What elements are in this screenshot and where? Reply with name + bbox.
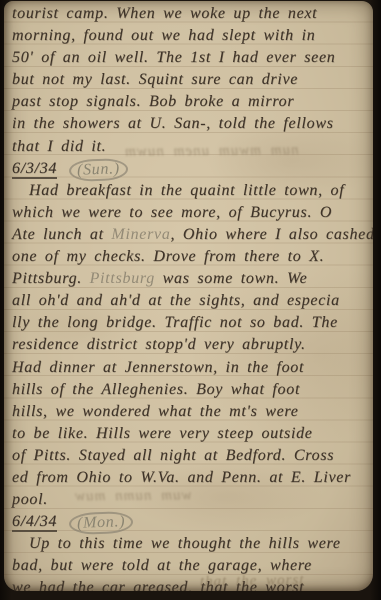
handwriting-segment: bad, but were told at the garage, where bbox=[12, 557, 312, 574]
journal-line: Up to this time we thought the hills wer… bbox=[12, 533, 373, 555]
handwriting-segment: hills of the Alleghenies. Boy what foot bbox=[12, 381, 300, 398]
journal-line: tourist camp. When we woke up the next bbox=[12, 3, 373, 25]
handwriting-segment: residence district stopp'd very abruptly… bbox=[12, 336, 306, 353]
notebook-page: tourist camp. When we woke up the nextmo… bbox=[4, 1, 373, 591]
handwriting-segment: that I did it. bbox=[12, 138, 106, 155]
journal-line: that I did it. bbox=[12, 136, 373, 158]
journal-line: which we were to see more, of Bucyrus. O bbox=[12, 202, 373, 224]
journal-line: morning, found out we had slept with in bbox=[12, 25, 373, 47]
journal-line: hills of the Alleghenies. Boy what foot bbox=[12, 379, 373, 401]
pencil-word: Minerva bbox=[111, 226, 170, 243]
handwriting-segment: all oh'd and ah'd at the sights, and esp… bbox=[12, 292, 340, 309]
handwriting-segment: pool. bbox=[12, 491, 48, 508]
handwriting-segment: Had breakfast in the quaint little town,… bbox=[29, 182, 344, 199]
journal-line: past stop signals. Bob broke a mirror bbox=[12, 91, 373, 113]
entry-date: 6/3/34 bbox=[12, 160, 57, 179]
journal-line: all oh'd and ah'd at the sights, and esp… bbox=[12, 290, 373, 312]
handwriting-segment: past stop signals. Bob broke a mirror bbox=[12, 93, 294, 110]
handwriting-segment: was some town. We bbox=[155, 270, 307, 287]
handwriting-segment: lly the long bridge. Traffic not so bad.… bbox=[12, 314, 338, 331]
journal-line: Pittsburg. Pittsburg was some town. We bbox=[12, 268, 373, 290]
handwriting-segment: ed from Ohio to W.Va. and Penn. at E. Li… bbox=[12, 469, 351, 486]
handwriting-segment: , Ohio where I also cashed bbox=[171, 226, 373, 243]
journal-line: ed from Ohio to W.Va. and Penn. at E. Li… bbox=[12, 467, 373, 489]
journal-line: in the showers at U. San-, told the fell… bbox=[12, 113, 373, 135]
entry-day-circled: (Mon.) bbox=[69, 511, 134, 535]
handwriting-segment: one of my checks. Drove from there to X. bbox=[12, 248, 324, 265]
journal-line: Had breakfast in the quaint little town,… bbox=[12, 180, 373, 202]
handwriting-segment: morning, found out we had slept with in bbox=[12, 27, 315, 44]
entry-day-circled: (Sun.) bbox=[69, 158, 129, 182]
handwriting-segment: hills, we wondered what the mt's were bbox=[12, 403, 299, 420]
handwriting-segment: we had the car greased, that the worst bbox=[12, 579, 304, 591]
journal-line: 50' of an oil well. The 1st I had ever s… bbox=[12, 47, 373, 69]
journal-line: Had dinner at Jennerstown, in the foot bbox=[12, 357, 373, 379]
handwriting-segment: in the showers at U. San-, told the fell… bbox=[12, 115, 334, 132]
journal-line: we had the car greased, that the worst bbox=[12, 577, 373, 591]
handwriting-segment: Ate lunch at bbox=[12, 226, 111, 243]
handwriting-segment: Up to this time we thought the hills wer… bbox=[29, 535, 341, 552]
handwriting-segment: which we were to see more, of Bucyrus. O bbox=[12, 204, 332, 221]
journal-line: residence district stopp'd very abruptly… bbox=[12, 334, 373, 356]
entry-date-line: 6/3/34(Sun.) bbox=[12, 158, 373, 180]
journal-line: hills, we wondered what the mt's were bbox=[12, 401, 373, 423]
handwriting-segment: Had dinner at Jennerstown, in the foot bbox=[12, 359, 304, 376]
entry-date-line: 6/4/34(Mon.) bbox=[12, 511, 373, 533]
handwriting-segment: to be like. Hills were very steep outsid… bbox=[12, 425, 313, 442]
entry-date: 6/4/34 bbox=[12, 513, 57, 532]
handwriting-segment: tourist camp. When we woke up the next bbox=[12, 5, 317, 22]
handwriting-segment: of Pitts. Stayed all night at Bedford. C… bbox=[12, 447, 334, 464]
journal-line: but not my last. Squint sure can drive bbox=[12, 69, 373, 91]
handwriting-segment: Pittsburg. bbox=[12, 270, 90, 287]
journal-scan: tourist camp. When we woke up the nextmo… bbox=[0, 0, 381, 600]
pencil-word: Pittsburg bbox=[90, 270, 155, 287]
journal-line: bad, but were told at the garage, where bbox=[12, 555, 373, 577]
journal-line: lly the long bridge. Traffic not so bad.… bbox=[12, 312, 373, 334]
journal-line: pool. bbox=[12, 489, 373, 511]
journal-line: Ate lunch at Minerva, Ohio where I also … bbox=[12, 224, 373, 246]
journal-line: to be like. Hills were very steep outsid… bbox=[12, 423, 373, 445]
handwriting-segment: but not my last. Squint sure can drive bbox=[12, 71, 298, 88]
journal-line: of Pitts. Stayed all night at Bedford. C… bbox=[12, 445, 373, 467]
handwritten-text-block: tourist camp. When we woke up the nextmo… bbox=[12, 3, 373, 591]
journal-line: one of my checks. Drove from there to X. bbox=[12, 246, 373, 268]
handwriting-segment: 50' of an oil well. The 1st I had ever s… bbox=[12, 49, 335, 66]
